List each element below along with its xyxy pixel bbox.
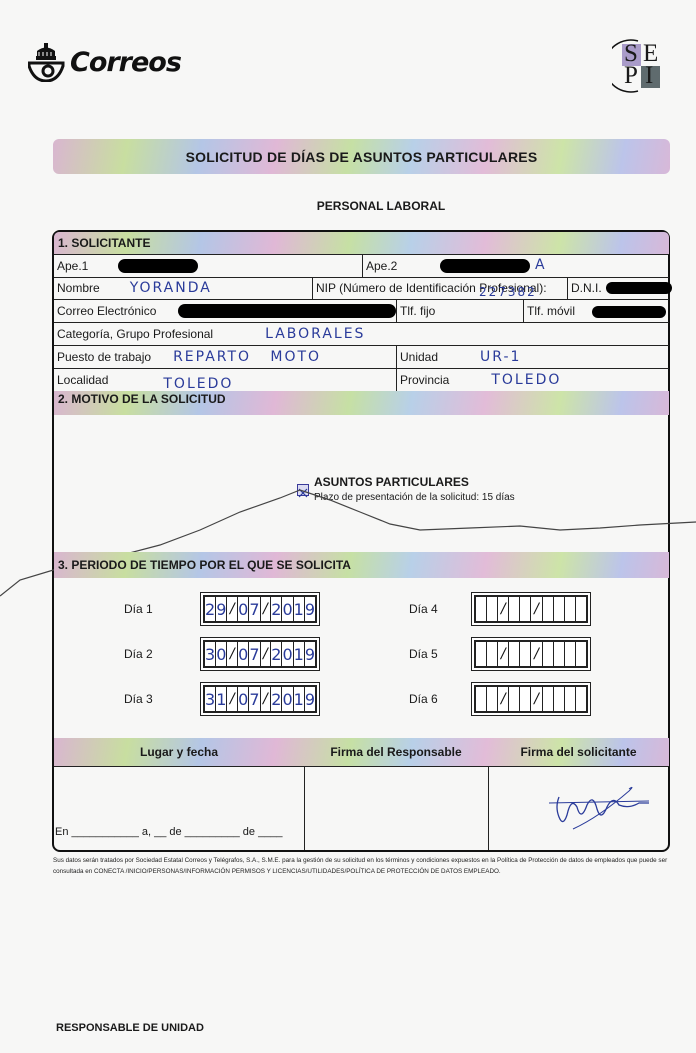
- day-label: Día 1: [124, 602, 153, 616]
- section-2-heading: 2. MOTIVO DE LA SOLICITUD: [58, 392, 226, 406]
- firma-solicitante-area[interactable]: [489, 767, 669, 849]
- date-digit: /: [226, 642, 237, 666]
- redaction-ape2: [440, 259, 530, 273]
- form-subtitle: PERSONAL LABORAL: [0, 199, 696, 213]
- localidad-field[interactable]: Localidad TOLEDO: [54, 369, 396, 391]
- date-digit-boxes: 31/07/2019: [203, 685, 317, 713]
- date-digit: 2: [270, 597, 281, 621]
- date-digit: [519, 687, 530, 711]
- date-digit: 1: [293, 597, 304, 621]
- date-digit: 7: [248, 687, 259, 711]
- date-digit: [575, 687, 586, 711]
- date-digit: [486, 597, 497, 621]
- date-digit: 0: [281, 687, 292, 711]
- responsable-unidad-label: RESPONSABLE DE UNIDAD: [56, 1022, 204, 1034]
- date-digit: [553, 597, 564, 621]
- date-digit: 0: [237, 687, 248, 711]
- lugar-fecha-heading: Lugar y fecha: [54, 738, 304, 766]
- date-digit: [476, 687, 486, 711]
- asuntos-particulares-label: ASUNTOS PARTICULARES: [314, 475, 469, 489]
- date-digit: 9: [304, 642, 315, 666]
- section-2-header: 2. MOTIVO DE LA SOLICITUD: [54, 391, 669, 415]
- row-categoria: Categoría, Grupo Profesional LABORALES: [54, 323, 669, 346]
- nip-field[interactable]: NIP (Número de Identificación Profesiona…: [312, 277, 567, 299]
- date-digit: [575, 642, 586, 666]
- date-digit: [519, 642, 530, 666]
- date-input-day-1[interactable]: 29/07/2019: [200, 592, 320, 626]
- date-digit: [564, 597, 575, 621]
- date-digit: /: [497, 642, 508, 666]
- date-digit: 1: [293, 642, 304, 666]
- date-digit: [476, 642, 486, 666]
- ape1-field[interactable]: Ape.1: [54, 255, 362, 277]
- date-digit: /: [226, 597, 237, 621]
- date-digit: /: [260, 687, 271, 711]
- firma-responsable-heading: Firma del Responsable: [304, 738, 488, 766]
- tlf-fijo-field[interactable]: Tlf. fijo: [396, 300, 523, 322]
- date-digit: 1: [215, 687, 226, 711]
- form-title: SOLICITUD DE DÍAS DE ASUNTOS PARTICULARE…: [186, 149, 538, 165]
- date-digit: /: [260, 597, 271, 621]
- date-input-day-4[interactable]: //: [471, 592, 591, 626]
- correo-field[interactable]: Correo Electrónico: [54, 300, 396, 322]
- lugar-fecha-line[interactable]: En ___________ a, __ de _________ de ___…: [55, 826, 283, 838]
- signature-header: Lugar y fecha Firma del Responsable Firm…: [54, 738, 669, 766]
- date-digit: [519, 597, 530, 621]
- date-digit: /: [497, 687, 508, 711]
- day-label: Día 4: [409, 602, 438, 616]
- tlf-movil-field[interactable]: Tlf. móvil: [523, 300, 669, 322]
- date-digit: 2: [205, 597, 215, 621]
- day-label: Día 2: [124, 647, 153, 661]
- correos-logo: Correos: [28, 40, 181, 84]
- dni-field[interactable]: D.N.I.: [567, 277, 669, 299]
- date-digit: [508, 687, 519, 711]
- date-digit: [575, 597, 586, 621]
- date-input-day-3[interactable]: 31/07/2019: [200, 682, 320, 716]
- provincia-field[interactable]: Provincia TOLEDO: [396, 369, 669, 391]
- date-digit: /: [497, 597, 508, 621]
- day-label: Día 3: [124, 692, 153, 706]
- date-digit: 9: [215, 597, 226, 621]
- redaction-email: [178, 304, 396, 318]
- correos-wordmark: Correos: [70, 47, 181, 78]
- section-3-header: 3. PERIODO DE TIEMPO POR EL QUE SE SOLIC…: [54, 552, 669, 578]
- day-label: Día 5: [409, 647, 438, 661]
- redaction-ape1: [118, 259, 198, 273]
- firma-solicitante-heading: Firma del solicitante: [488, 738, 669, 766]
- redaction-movil: [592, 306, 666, 318]
- posthorn-crown-icon: [28, 42, 66, 82]
- row-puesto: Puesto de trabajo REPARTO MOTO Unidad UR…: [54, 346, 669, 369]
- sepi-logo: S E P I: [612, 38, 668, 94]
- data-protection-notice: Sus datos serán tratados por Sociedad Es…: [53, 855, 683, 877]
- unidad-field[interactable]: Unidad UR-1: [396, 346, 669, 368]
- date-digit: 3: [205, 687, 215, 711]
- row-contacto: Correo Electrónico Tlf. fijo Tlf. móvil: [54, 300, 669, 323]
- date-input-day-6[interactable]: //: [471, 682, 591, 716]
- signature-scribble: [489, 767, 669, 849]
- date-digit: [542, 597, 553, 621]
- row-nombre: Nombre YORANDA NIP (Número de Identifica…: [54, 277, 669, 300]
- row-localidad: Localidad TOLEDO Provincia TOLEDO: [54, 369, 669, 391]
- firma-responsable-area[interactable]: [305, 767, 488, 849]
- date-input-day-5[interactable]: //: [471, 637, 591, 671]
- date-digit: 1: [293, 687, 304, 711]
- date-digit: [542, 642, 553, 666]
- date-digit: [508, 642, 519, 666]
- date-digit-boxes: 29/07/2019: [203, 595, 317, 623]
- date-digit: 0: [281, 597, 292, 621]
- date-digit: 7: [248, 597, 259, 621]
- section-3-heading: 3. PERIODO DE TIEMPO POR EL QUE SE SOLIC…: [58, 558, 351, 572]
- date-digit: /: [226, 687, 237, 711]
- date-digit: 9: [304, 687, 315, 711]
- date-digit: [553, 687, 564, 711]
- puesto-field[interactable]: Puesto de trabajo REPARTO MOTO: [54, 346, 396, 368]
- date-digit: /: [530, 597, 541, 621]
- date-digit: 0: [281, 642, 292, 666]
- date-digit-boxes: //: [474, 640, 588, 668]
- date-digit: [486, 642, 497, 666]
- date-digit: [553, 642, 564, 666]
- date-input-day-2[interactable]: 30/07/2019: [200, 637, 320, 671]
- date-digit: [542, 687, 553, 711]
- date-digit: 7: [248, 642, 259, 666]
- date-digit: [486, 687, 497, 711]
- date-digit: /: [530, 687, 541, 711]
- form-title-bar: SOLICITUD DE DÍAS DE ASUNTOS PARTICULARE…: [53, 139, 670, 174]
- day-label: Día 6: [409, 692, 438, 706]
- date-digit: [564, 687, 575, 711]
- date-digit-boxes: 30/07/2019: [203, 640, 317, 668]
- nombre-field[interactable]: Nombre YORANDA: [54, 277, 312, 299]
- date-digit: [564, 642, 575, 666]
- categoria-field[interactable]: Categoría, Grupo Profesional LABORALES: [54, 323, 669, 345]
- date-digit: 9: [304, 597, 315, 621]
- date-digit: 2: [270, 642, 281, 666]
- date-digit: [476, 597, 486, 621]
- plazo-note: Plazo de presentación de la solicitud: 1…: [314, 492, 515, 503]
- row-apellidos: Ape.1 Ape.2 A: [54, 254, 669, 278]
- date-digit: /: [530, 642, 541, 666]
- date-digit: /: [260, 642, 271, 666]
- date-digit: 0: [237, 597, 248, 621]
- redaction-dni: [606, 282, 672, 294]
- ape2-field[interactable]: Ape.2 A: [362, 255, 669, 277]
- date-digit: 0: [237, 642, 248, 666]
- date-digit-boxes: //: [474, 595, 588, 623]
- section-1-heading: 1. SOLICITANTE: [58, 236, 150, 250]
- date-digit: 2: [270, 687, 281, 711]
- date-digit: 3: [205, 642, 215, 666]
- asuntos-particulares-checkbox[interactable]: [297, 484, 309, 496]
- date-digit: [508, 597, 519, 621]
- date-digit-boxes: //: [474, 685, 588, 713]
- date-digit: 0: [215, 642, 226, 666]
- section-1-header: 1. SOLICITANTE: [54, 232, 669, 254]
